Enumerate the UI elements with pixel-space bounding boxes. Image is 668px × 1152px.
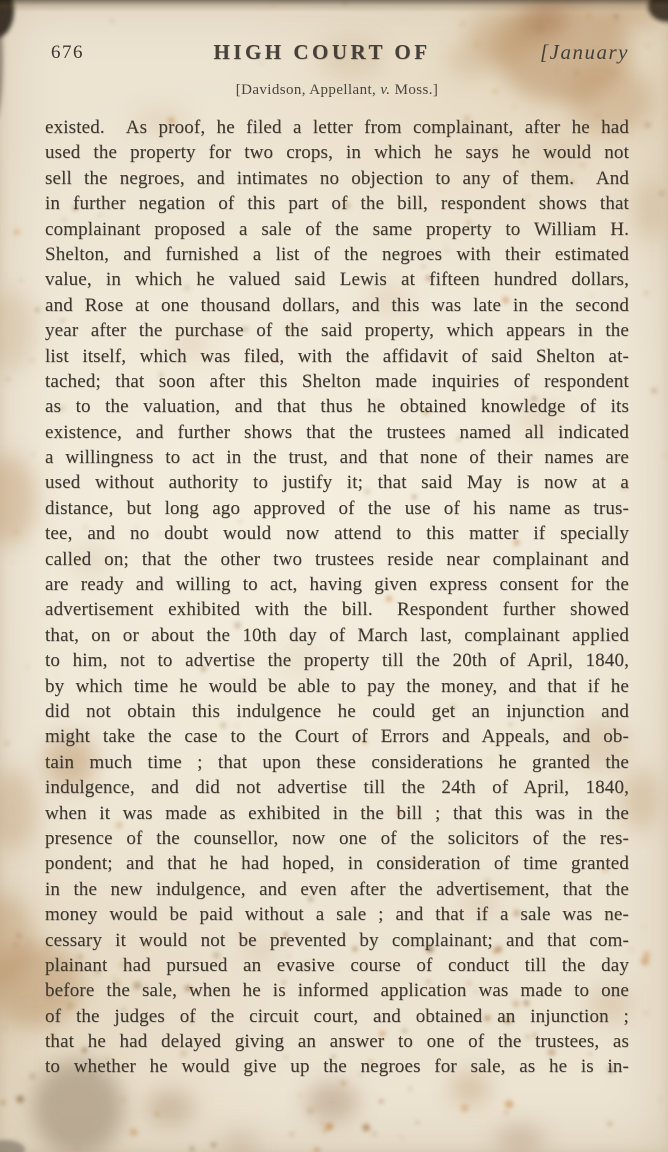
body-line: used the property for two crops, in whic… <box>45 140 629 165</box>
term-month-marker: [January <box>540 40 629 65</box>
body-line: existed. As proof, he filed a letter fro… <box>45 115 629 140</box>
body-line: called on; that the other two trustees r… <box>45 547 629 572</box>
body-line: and Rose at one thousand dollars, and th… <box>45 293 629 318</box>
body-line: did not obtain this indulgence he could … <box>45 699 629 724</box>
running-header: 676 HIGH COURT OF [January <box>45 40 629 66</box>
body-line: distance, but long ago approved of the u… <box>45 496 629 521</box>
body-line: as to the valuation, and that thus he ob… <box>45 394 629 419</box>
page-content: 676 HIGH COURT OF [January [Davidson, Ap… <box>0 0 668 1152</box>
body-line: tain much time ; that upon these conside… <box>45 750 629 775</box>
body-line: year after the purchase of the said prop… <box>45 318 629 343</box>
body-line: list itself, which was filed, with the a… <box>45 344 629 369</box>
body-line: tached; that soon after this Shelton mad… <box>45 369 629 394</box>
body-line: existence, and further shows that the tr… <box>45 420 629 445</box>
body-line: value, in which he valued said Lewis at … <box>45 267 629 292</box>
body-line: might take the case to the Court of Erro… <box>45 724 629 749</box>
body-line: advertisement exhibited with the bill. R… <box>45 597 629 622</box>
body-line: complainant proposed a sale of the same … <box>45 217 629 242</box>
body-line: pondent; and that he had hoped, in consi… <box>45 851 629 876</box>
case-caption-versus: v. <box>380 82 390 98</box>
body-line: plainant had pursued an evasive course o… <box>45 953 629 978</box>
body-line: are ready and willing to act, having giv… <box>45 572 629 597</box>
body-text: existed. As proof, he filed a letter fro… <box>45 115 629 1080</box>
case-caption-close: Moss.] <box>390 82 438 98</box>
body-line: cessary it would not be prevented by com… <box>45 928 629 953</box>
running-title: HIGH COURT OF <box>45 40 599 65</box>
body-line: a willingness to act in the trust, and t… <box>45 445 629 470</box>
body-line: in the new indulgence, and even after th… <box>45 877 629 902</box>
body-line: that he had delayed giving an answer to … <box>45 1029 629 1054</box>
body-line: in further negation of this part of the … <box>45 191 629 216</box>
body-line: before the sale, when he is informed app… <box>45 978 629 1003</box>
body-line: indulgence, and did not advertise till t… <box>45 775 629 800</box>
body-line: used without authority to justify it; th… <box>45 470 629 495</box>
body-line: to him, not to advertise the property ti… <box>45 648 629 673</box>
case-caption-open: [Davidson, Appellant, <box>236 82 381 98</box>
body-line: that, on or about the 10th day of March … <box>45 623 629 648</box>
body-line: Shelton, and furnished a list of the neg… <box>45 242 629 267</box>
body-line: by which time he would be able to pay th… <box>45 674 629 699</box>
book-page: 676 HIGH COURT OF [January [Davidson, Ap… <box>0 0 668 1152</box>
body-line: tee, and no doubt would now attend to th… <box>45 521 629 546</box>
body-line: to whether he would give up the negroes … <box>45 1054 629 1079</box>
case-caption: [Davidson, Appellant, v. Moss.] <box>45 82 629 99</box>
body-line: of the judges of the circuit court, and … <box>45 1004 629 1029</box>
body-line: presence of the counsellor, now one of t… <box>45 826 629 851</box>
body-line: sell the negroes, and intimates no objec… <box>45 166 629 191</box>
body-line: when it was made as exhibited in the bil… <box>45 801 629 826</box>
body-line: money would be paid without a sale ; and… <box>45 902 629 927</box>
